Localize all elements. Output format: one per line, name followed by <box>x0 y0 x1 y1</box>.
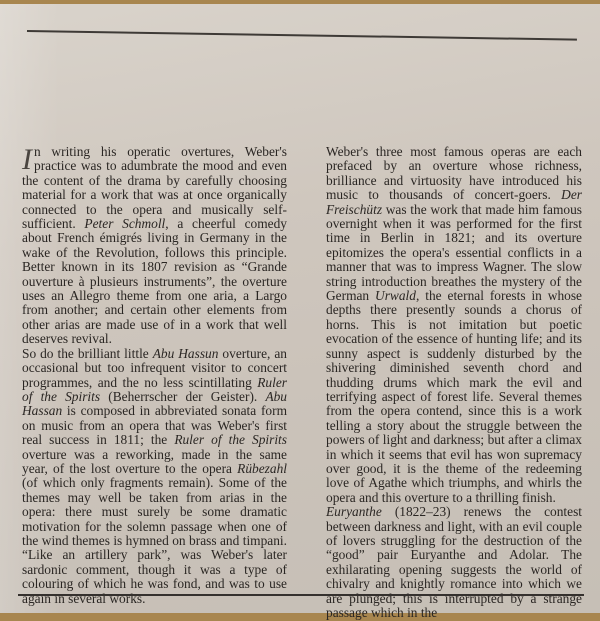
italic-title: Peter Schmoll <box>84 216 165 231</box>
italic-title: Abu Hassun <box>153 346 219 361</box>
italic-title: Ruler of the Spirits <box>174 432 287 447</box>
left-column: In writing his operatic overtures, Weber… <box>22 145 287 606</box>
paragraph-abu-hassan: So do the brilliant little Abu Hassun ov… <box>22 347 287 606</box>
paragraph-freischutz: Weber's three most famous operas are eac… <box>326 145 582 505</box>
text-run: Weber's three most famous operas are eac… <box>326 144 582 202</box>
drop-cap: I <box>22 146 32 173</box>
text-run: (1822–23) renews the contest between dar… <box>326 504 582 620</box>
paragraph-intro: In writing his operatic overtures, Weber… <box>22 145 287 347</box>
top-rule <box>27 30 577 40</box>
italic-title: Euryanthe <box>326 504 382 519</box>
italic-title: Rübezahl <box>237 461 287 476</box>
right-column: Weber's three most famous operas are eac… <box>326 145 582 620</box>
text-run: , a cheerful comedy about French émigrés… <box>22 216 287 346</box>
text-run: (of which only fragments remain). Some o… <box>22 475 287 605</box>
bottom-rule <box>18 594 584 596</box>
document-page: In writing his operatic overtures, Weber… <box>0 4 600 613</box>
text-run: (Beherrscher der Geister). <box>100 389 265 404</box>
text-run: So do the brilliant little <box>22 346 153 361</box>
text-run: , the eternal forests in whose depths th… <box>326 288 582 505</box>
italic-term: Urwald <box>375 288 416 303</box>
paragraph-euryanthe: Euryanthe (1822–23) renews the contest b… <box>326 505 582 620</box>
